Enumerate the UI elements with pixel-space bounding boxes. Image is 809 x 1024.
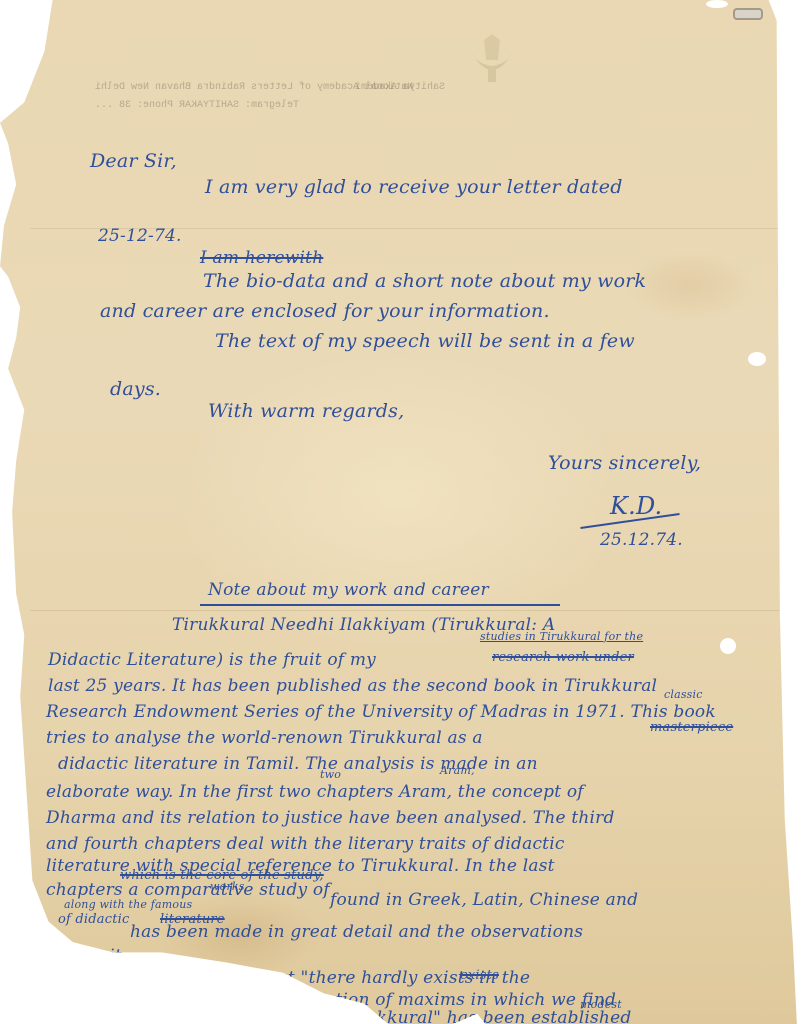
letterhead-telegram: Telegram: SAHITYAKAR Phone: 38 ... xyxy=(95,100,299,111)
note-line: has been made in great detail and the ob… xyxy=(130,922,583,942)
salutation: Dear Sir, xyxy=(90,150,177,172)
punch-hole xyxy=(706,0,728,8)
struck-text: I am herewith xyxy=(200,248,323,268)
struck-research: research work under xyxy=(492,650,634,665)
note-line: Research Endowment Series of the Univers… xyxy=(46,702,716,722)
punch-hole xyxy=(720,638,736,654)
insertion-two: two xyxy=(320,768,341,781)
note-line: of the world, a collection of maxims in … xyxy=(150,990,616,1010)
para3-line-1: The text of my speech will be sent in a … xyxy=(215,330,635,352)
staple-mark-icon xyxy=(733,8,763,20)
note-line: Sanskrit xyxy=(48,946,122,966)
note-heading: Note about my work and career xyxy=(208,580,489,600)
note-line: wisdom as in Tirukkural" has been establ… xyxy=(220,1008,631,1024)
insertion-works: works xyxy=(210,880,245,893)
struck-masterpiece: masterpiece xyxy=(650,720,733,735)
note-line: last 25 years. It has been published as … xyxy=(48,676,657,696)
punch-hole xyxy=(748,352,766,366)
note-line: Didactic Literature) is the fruit of my xyxy=(48,650,376,670)
closing: With warm regards, xyxy=(208,400,404,422)
note-line: elaborate way. In the first two chapters… xyxy=(46,782,584,802)
insertion-of-didactic: of didactic xyxy=(58,912,129,927)
letterhead-org-name: Sahitya Akademi xyxy=(355,82,445,93)
struck-exists: exists xyxy=(460,968,499,983)
para2-line-1: The bio-data and a short note about my w… xyxy=(203,270,646,292)
valediction: Yours sincerely, xyxy=(548,452,701,474)
insertion-modest: modest xyxy=(580,998,622,1011)
date-received: 25-12-74. xyxy=(98,226,182,246)
signature-date: 25.12.74. xyxy=(600,530,683,550)
para3-line-2: days. xyxy=(110,378,161,400)
heading-underline xyxy=(200,604,560,606)
emblem-watermark-icon xyxy=(462,30,522,90)
note-line: found in Greek, Latin, Chinese and xyxy=(330,890,638,910)
insertion-aram: Aram, xyxy=(440,764,475,777)
letter-page: National Academy of Letters Rabindra Bha… xyxy=(0,0,809,1024)
letter-line-1: I am very glad to receive your letter da… xyxy=(205,176,623,198)
note-line: tries to analyse the world-renown Tirukk… xyxy=(46,728,483,748)
insertion-classic: classic xyxy=(664,688,703,701)
paper-fold-line xyxy=(30,610,789,611)
para2-line-2: and career are enclosed for your informa… xyxy=(100,300,550,322)
insertion-studies-in: studies in Tirukkural for the xyxy=(480,630,643,643)
note-line: chapters a comparative study of xyxy=(46,880,330,900)
note-line: Dharma and its relation to justice have … xyxy=(46,808,615,828)
insertion-along-with: along with the famous xyxy=(64,898,192,911)
note-line: and fourth chapters deal with the litera… xyxy=(46,834,565,854)
